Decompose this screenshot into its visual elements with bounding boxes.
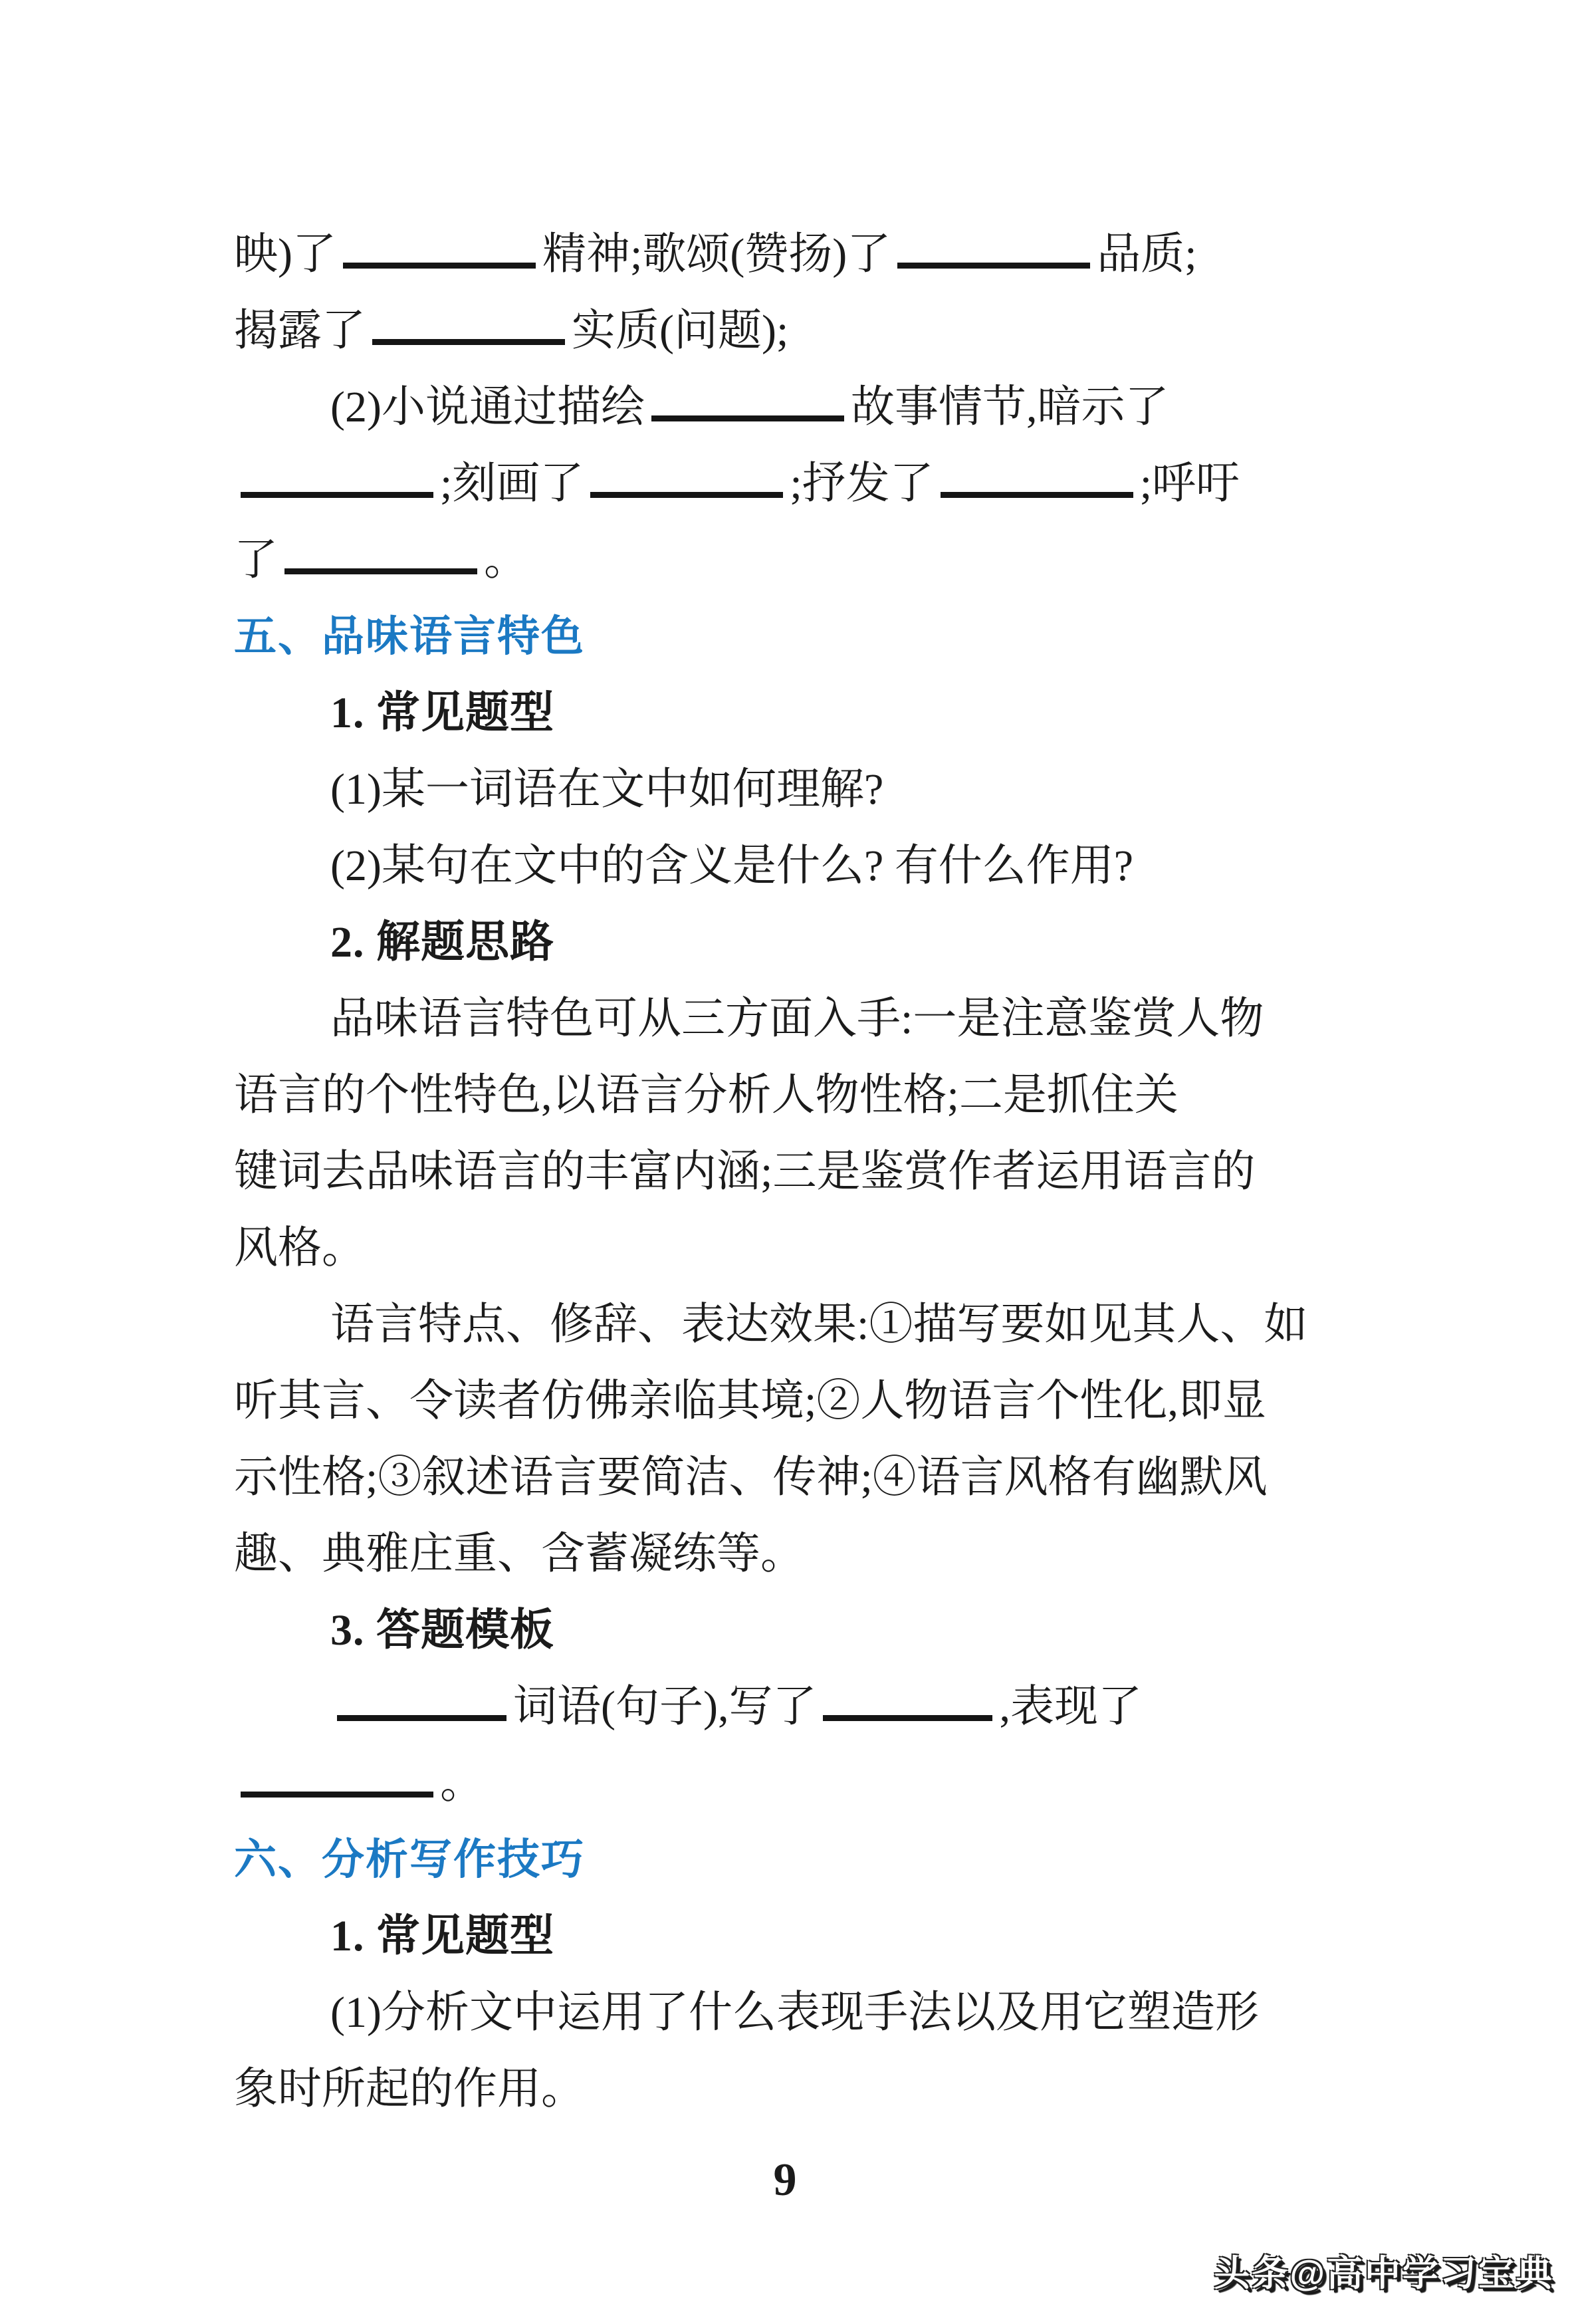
text-line: 语言的个性特色,以语言分析人物性格;二是抓住关 [234,1057,1343,1133]
line-text: ;抒发了 [790,459,933,508]
line-text: 品质; [1097,230,1196,279]
line-text: ;刻画了 [440,459,584,508]
text-line: 揭露了实质(问题); [234,292,1343,369]
heading-text: 五、品味语言特色 [234,612,585,660]
scanned-textbook-page: { "colors": { "heading_blue": "#1b79c3",… [0,0,1570,2324]
line-text: 映)了 [234,230,336,279]
section-heading-5: 五、品味语言特色 [234,598,1343,675]
line-text: 象时所起的作用。 [234,2065,585,2113]
line-text: 词语(句子),写了 [513,1683,816,1731]
line-text: 揭露了 [234,306,366,355]
line-text: 故事情节,暗示了 [851,383,1169,431]
line-text: ,表现了 [999,1683,1142,1731]
line-text: 实质(问题); [572,306,788,355]
subheading-text: 3. 答题模板 [330,1606,554,1655]
blank-line [284,531,477,574]
line-text: 了 [234,536,278,584]
subheading-common-question-types: 1. 常见题型 [234,675,1343,751]
text-line: 键词去品味语言的丰富内涵;三是鉴赏作者运用语言的 [234,1133,1343,1210]
blank-line [241,1754,433,1798]
text-line: 词语(句子),写了,表现了 [234,1669,1343,1745]
subheading-solving-approach: 2. 解题思路 [234,904,1343,981]
text-line: 趣、典雅庄重、含蓄凝练等。 [234,1516,1343,1592]
subheading-text: 1. 常见题型 [330,689,554,737]
text-line: (2)小说通过描绘故事情节,暗示了 [234,369,1343,445]
line-text: 示性格;③叙述语言要简洁、传神;④语言风格有幽默风 [234,1453,1268,1502]
line-text: 听其言、令读者仿佛亲临其境;②人物语言个性化,即显 [234,1377,1266,1425]
blank-line [372,302,565,345]
text-line: ;刻画了;抒发了;呼吁 [234,445,1343,522]
blank-line [941,455,1133,498]
watermark: 头条@高中学习宝典 [1214,2245,1554,2296]
blank-line [337,1678,506,1721]
text-line: 听其言、令读者仿佛亲临其境;②人物语言个性化,即显 [234,1363,1343,1439]
line-text: 键词去品味语言的丰富内涵;三是鉴赏作者运用语言的 [234,1147,1255,1196]
heading-text: 六、分析写作技巧 [234,1835,585,1883]
text-column: 映)了精神;歌颂(赞扬)了品质; 揭露了实质(问题); (2)小说通过描绘故事情… [234,216,1343,2127]
blank-line [590,455,783,498]
line-text: ;呼吁 [1140,459,1240,508]
blank-line [823,1678,992,1721]
blank-line [897,225,1090,269]
subheading-text: 1. 常见题型 [330,1912,554,1960]
line-text: (2)小说通过描绘 [330,383,645,431]
subheading-text: 2. 解题思路 [330,918,554,967]
text-line: 映)了精神;歌颂(赞扬)了品质; [234,216,1343,292]
line-text: 语言特点、修辞、表达效果:①描写要如见其人、如 [330,1300,1307,1349]
subheading-answer-template: 3. 答题模板 [234,1592,1343,1669]
line-text: (1)某一词语在文中如何理解? [330,765,883,814]
subheading-common-question-types-2: 1. 常见题型 [234,1898,1343,1974]
text-line: (1)某一词语在文中如何理解? [234,751,1343,828]
section-heading-6: 六、分析写作技巧 [234,1821,1343,1898]
line-text: 趣、典雅庄重、含蓄凝练等。 [234,1530,804,1578]
line-text: (1)分析文中运用了什么表现手法以及用它塑造形 [330,1988,1259,2037]
text-line: 了。 [234,522,1343,598]
text-line: (2)某句在文中的含义是什么? 有什么作用? [234,828,1343,904]
line-text: 风格。 [234,1224,366,1272]
text-line: (1)分析文中运用了什么表现手法以及用它塑造形 [234,1974,1343,2051]
text-line: 象时所起的作用。 [234,2051,1343,2127]
line-text: 。 [440,1759,484,1807]
blank-line [241,455,433,498]
blank-line [651,378,844,421]
blank-line [343,225,536,269]
line-text: (2)某句在文中的含义是什么? 有什么作用? [330,842,1133,890]
text-line: 语言特点、修辞、表达效果:①描写要如见其人、如 [234,1286,1343,1363]
line-text: 。 [484,536,528,584]
text-line: 品味语言特色可从三方面入手:一是注意鉴赏人物 [234,981,1343,1057]
line-text: 精神;歌颂(赞扬)了 [542,230,891,279]
line-text: 语言的个性特色,以语言分析人物性格;二是抓住关 [234,1071,1178,1119]
line-text: 品味语言特色可从三方面入手:一是注意鉴赏人物 [330,994,1264,1043]
page-number: 9 [0,2154,1570,2207]
text-line: 示性格;③叙述语言要简洁、传神;④语言风格有幽默风 [234,1439,1343,1516]
text-line: 风格。 [234,1210,1343,1286]
text-line: 。 [234,1745,1343,1821]
